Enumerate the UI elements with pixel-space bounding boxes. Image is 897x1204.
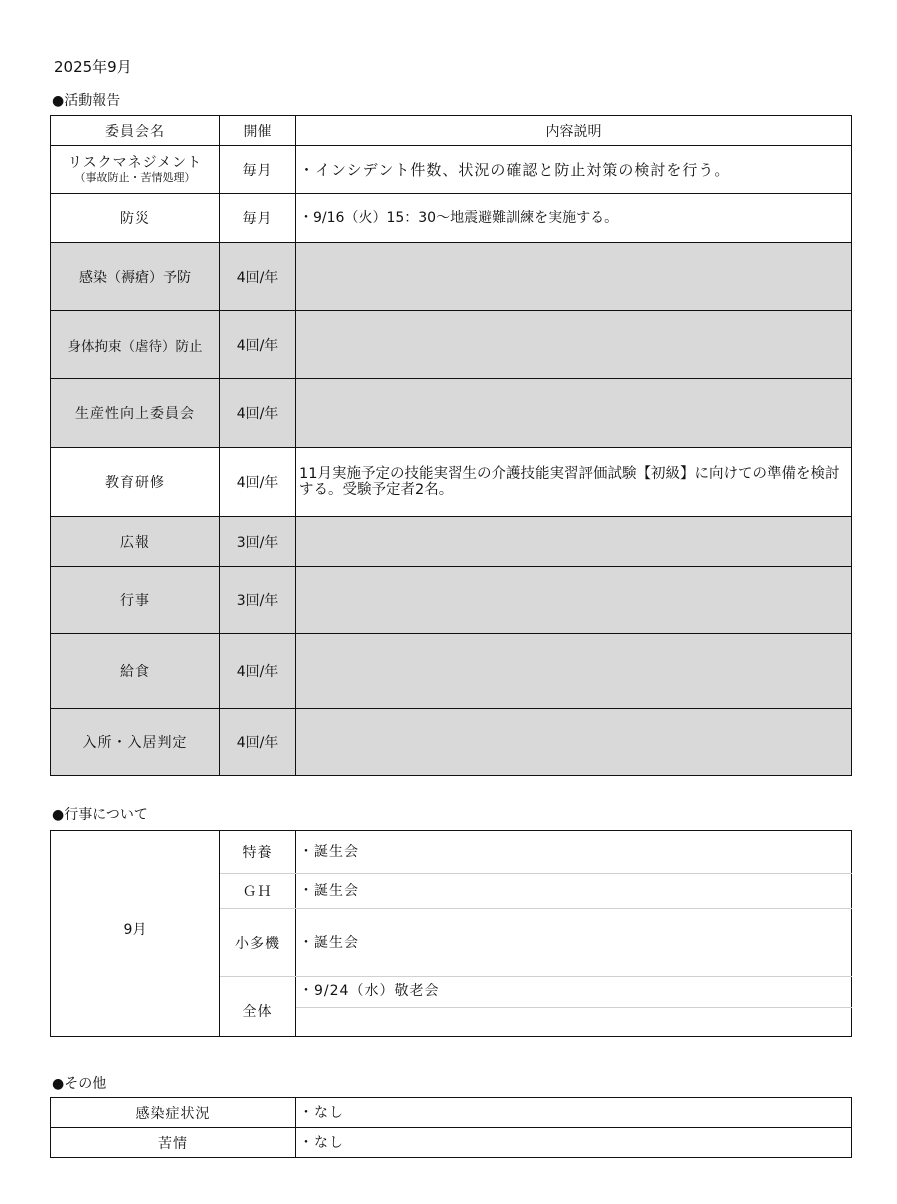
table-row: 行事 3回/年 (51, 567, 852, 634)
description (296, 243, 852, 311)
committee-name: 行事 (51, 567, 220, 634)
committee-name: 感染（褥瘡）予防 (51, 243, 220, 311)
table-row: リスクマネジメント （事故防止・苦情処理） 毎月 ・インシデント件数、状況の確認… (51, 146, 852, 194)
description (296, 567, 852, 634)
committee-name: 広報 (51, 517, 220, 567)
frequency: 3回/年 (220, 517, 296, 567)
description: ・インシデント件数、状況の確認と防止対策の検討を行う。 (296, 146, 852, 194)
committee-name: 入所・入居判定 (51, 709, 220, 776)
column-header-description: 内容説明 (296, 116, 852, 146)
description: ・9/16（火）15：30〜地震避難訓練を実施する。 (296, 194, 852, 243)
event-item: ・誕生会 (296, 909, 852, 977)
table-header-row: 委員会名 開催 内容説明 (51, 116, 852, 146)
committee-name: 生産性向上委員会 (51, 379, 220, 448)
committee-name: 教育研修 (51, 448, 220, 517)
description: 11月実施予定の技能実習生の介護技能実習評価試験【初級】に向けての準備を検討する… (296, 448, 852, 517)
table-row: 教育研修 4回/年 11月実施予定の技能実習生の介護技能実習評価試験【初級】に向… (51, 448, 852, 517)
table-row: 給食 4回/年 (51, 634, 852, 709)
column-header-frequency: 開催 (220, 116, 296, 146)
event-unit: 小多機 (220, 909, 296, 977)
frequency: 毎月 (220, 146, 296, 194)
table-row: 入所・入居判定 4回/年 (51, 709, 852, 776)
other-label: 感染症状況 (51, 1098, 296, 1128)
activity-report-heading: ●活動報告 (52, 90, 120, 110)
other-heading: ●その他 (52, 1073, 106, 1093)
document-title: 2025年9月 (54, 56, 132, 77)
description (296, 709, 852, 776)
event-item: ・9/24（水）敬老会 (296, 977, 852, 1008)
table-row: 感染（褥瘡）予防 4回/年 (51, 243, 852, 311)
event-unit: ＧＨ (220, 874, 296, 909)
frequency: 4回/年 (220, 709, 296, 776)
activity-report-table: 委員会名 開催 内容説明 リスクマネジメント （事故防止・苦情処理） 毎月 ・イ… (50, 115, 852, 776)
frequency: 4回/年 (220, 379, 296, 448)
frequency: 4回/年 (220, 634, 296, 709)
other-table: 感染症状況 ・なし 苦情 ・なし (50, 1097, 852, 1158)
frequency: 毎月 (220, 194, 296, 243)
table-row: 生産性向上委員会 4回/年 (51, 379, 852, 448)
committee-name: 防災 (51, 194, 220, 243)
column-header-committee: 委員会名 (51, 116, 220, 146)
table-row: 感染症状況 ・なし (51, 1098, 852, 1128)
event-item: ・誕生会 (296, 831, 852, 874)
committee-name: リスクマネジメント （事故防止・苦情処理） (51, 146, 220, 194)
committee-name: 身体拘束（虐待）防止 (51, 311, 220, 379)
event-unit: 特養 (220, 831, 296, 874)
table-row: 9月 特養 ・誕生会 (51, 831, 852, 874)
frequency: 4回/年 (220, 243, 296, 311)
frequency: 4回/年 (220, 448, 296, 517)
other-label: 苦情 (51, 1128, 296, 1158)
table-row: 苦情 ・なし (51, 1128, 852, 1158)
committee-name: 給食 (51, 634, 220, 709)
events-table: 9月 特養 ・誕生会 ＧＨ ・誕生会 小多機 ・誕生会 全体 ・9/24（水）敬… (50, 830, 852, 1037)
table-row: 防災 毎月 ・9/16（火）15：30〜地震避難訓練を実施する。 (51, 194, 852, 243)
event-item (296, 1008, 852, 1037)
other-value: ・なし (296, 1098, 852, 1128)
event-month: 9月 (51, 831, 220, 1037)
table-row: 広報 3回/年 (51, 517, 852, 567)
events-heading: ●行事について (52, 804, 148, 824)
description (296, 517, 852, 567)
event-item: ・誕生会 (296, 874, 852, 909)
other-value: ・なし (296, 1128, 852, 1158)
description (296, 634, 852, 709)
table-row: 身体拘束（虐待）防止 4回/年 (51, 311, 852, 379)
frequency: 3回/年 (220, 567, 296, 634)
description (296, 311, 852, 379)
frequency: 4回/年 (220, 311, 296, 379)
description (296, 379, 852, 448)
event-unit: 全体 (220, 977, 296, 1037)
